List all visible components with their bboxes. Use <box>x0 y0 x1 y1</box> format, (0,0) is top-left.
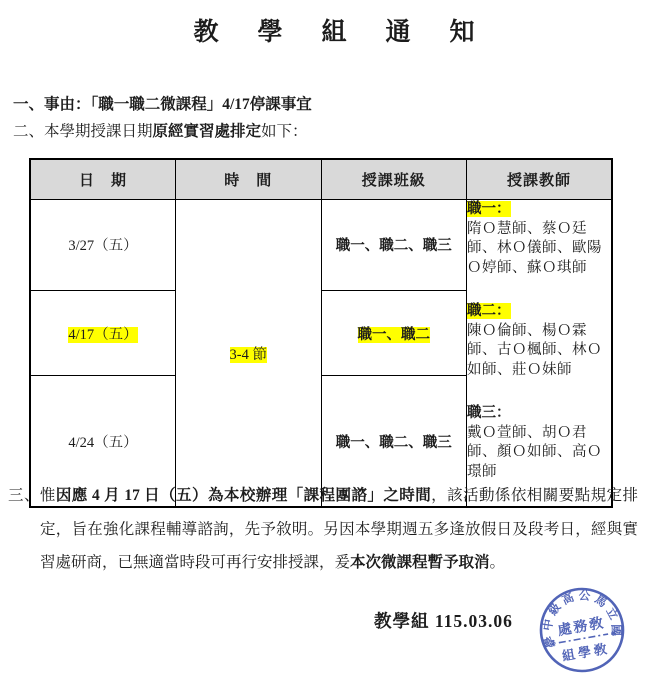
text-segment: 原經實習處排定 <box>153 123 262 140</box>
stamp-ring-char: 級 <box>545 600 563 618</box>
date-value: 4/24（五） <box>68 435 137 451</box>
class-cell: 職一、職二 <box>321 290 467 376</box>
text-segment: 因應 4 月 17 日（五）為本校辦理「課程團諮」之時間 <box>56 487 431 504</box>
teacher-group-label: 職三： <box>467 405 511 421</box>
notice-item-3: 三、惟因應 4 月 17 日（五）為本校辦理「課程團諮」之時間，該活動係依相關要… <box>8 479 638 580</box>
teacher-block: 職三：戴Ｏ萱師、胡Ｏ君師、顏Ｏ如師、高Ｏ璟師 <box>467 404 611 482</box>
stamp-ring-char: 馬 <box>592 592 610 610</box>
class-value: 職一、職二 <box>358 327 431 343</box>
text-segment: 一、事由：「職一職二微課程」4/17停課事宜 <box>13 96 312 113</box>
time-value: 3-4 節 <box>230 347 267 363</box>
stamp-center-bottom: 組學敎 <box>561 641 611 664</box>
time-cell: 3-4 節 <box>176 200 322 508</box>
stamp-ring-char: 立 <box>603 605 621 622</box>
header-teacher: 授課教師 <box>467 159 613 200</box>
schedule-table-body: 3/27（五）3-4 節職一、職二、職三職一：隋Ｏ慧師、蔡Ｏ廷師、林Ｏ儀師、歐陽… <box>30 200 612 508</box>
class-value: 職一、職二、職三 <box>336 435 452 451</box>
class-value: 職一、職二、職三 <box>336 238 452 254</box>
date-cell: 3/27（五） <box>30 200 176 291</box>
header-class: 授課班級 <box>321 159 467 200</box>
stamp-ring-char: 公 <box>578 589 591 603</box>
text-segment: 二、本學期授課日期 <box>13 123 153 140</box>
text-segment: 如下： <box>261 123 308 140</box>
date-value: 3/27（五） <box>68 238 137 254</box>
text-segment: 三、惟 <box>8 487 56 504</box>
stamp-seal-icon: 國立馬公高級中學 處務敎 ❀ ❀ 組學敎 <box>529 580 633 680</box>
teacher-group-label: 職二： <box>467 303 511 319</box>
text-segment: 。 <box>490 554 506 571</box>
text-segment: 本次微課程暫予取消 <box>350 554 490 571</box>
teacher-block: 職二：陳Ｏ倫師、楊Ｏ霖師、古Ｏ楓師、林Ｏ如師、莊Ｏ妹師 <box>467 302 611 380</box>
header-date: 日 期 <box>30 159 176 200</box>
teacher-names: 隋Ｏ慧師、蔡Ｏ廷師、林Ｏ儀師、歐陽Ｏ婷師、蘇Ｏ琪師 <box>467 221 602 276</box>
teacher-names: 戴Ｏ萱師、胡Ｏ君師、顏Ｏ如師、高Ｏ璟師 <box>467 425 602 480</box>
date-cell: 4/17（五） <box>30 290 176 376</box>
teacher-group-label: 職一： <box>467 201 511 217</box>
notice-item-1: 一、事由：「職一職二微課程」4/17停課事宜 <box>13 94 635 115</box>
notice-document: { "page": { "highlight_color": "#ffff00"… <box>0 0 649 680</box>
office-stamp: 國立馬公高級中學 處務敎 ❀ ❀ 組學敎 <box>529 580 633 680</box>
schedule-table-header: 日 期 時 間 授課班級 授課教師 <box>30 159 612 200</box>
notice-item-2: 二、本學期授課日期原經實習處排定如下： <box>13 121 635 142</box>
date-value: 4/17（五） <box>68 327 137 343</box>
teacher-block: 職一：隋Ｏ慧師、蔡Ｏ廷師、林Ｏ儀師、歐陽Ｏ婷師、蘇Ｏ琪師 <box>467 200 611 278</box>
teacher-names: 陳Ｏ倫師、楊Ｏ霖師、古Ｏ楓師、林Ｏ如師、莊Ｏ妹師 <box>467 323 602 378</box>
stamp-ring-text: 國立馬公高級中學 <box>533 582 625 651</box>
class-cell: 職一、職二、職三 <box>321 200 467 291</box>
header-row: 日 期 時 間 授課班級 授課教師 <box>30 159 612 200</box>
schedule-table: 日 期 時 間 授課班級 授課教師 3/27（五）3-4 節職一、職二、職三職一… <box>29 158 613 508</box>
signature-line: 教學組 115.03.06 <box>374 608 513 633</box>
page-title: 教 學 組 通 知 <box>0 12 649 48</box>
header-time: 時 間 <box>176 159 322 200</box>
stamp-ring-char: 高 <box>560 590 577 608</box>
teacher-cell: 職一：隋Ｏ慧師、蔡Ｏ廷師、林Ｏ儀師、歐陽Ｏ婷師、蘇Ｏ琪師職二：陳Ｏ倫師、楊Ｏ霖師… <box>467 200 613 508</box>
table-row: 3/27（五）3-4 節職一、職二、職三職一：隋Ｏ慧師、蔡Ｏ廷師、林Ｏ儀師、歐陽… <box>30 200 612 291</box>
